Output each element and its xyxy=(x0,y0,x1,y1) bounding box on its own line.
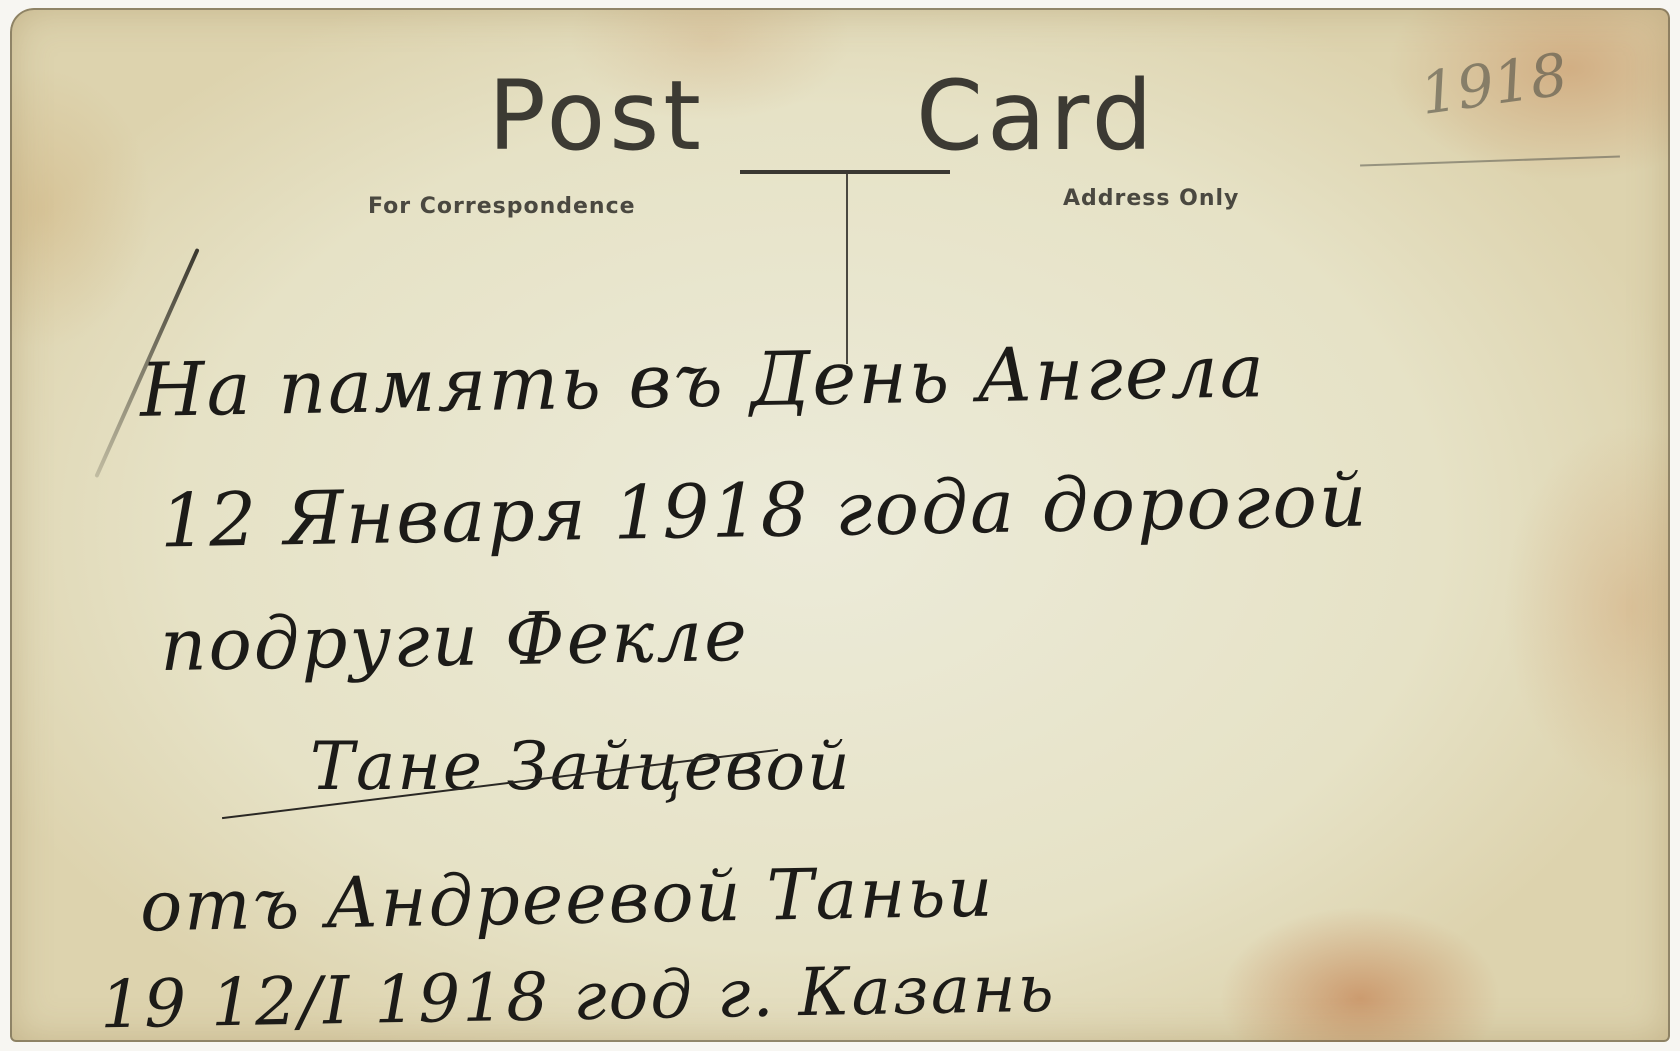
divider-horizontal xyxy=(740,170,950,174)
handwriting-line-4: Тане Зайцевой xyxy=(310,728,852,805)
pencil-note: 1918 xyxy=(1416,40,1572,128)
address-label: Address Only xyxy=(1063,186,1239,211)
title-card: Card xyxy=(916,60,1157,172)
correspondence-label: For Correspondence xyxy=(368,194,636,219)
handwriting-line-2: 12 Января 1918 года дорогой xyxy=(159,457,1369,564)
title-post: Post xyxy=(488,60,705,172)
address-line xyxy=(1360,155,1620,166)
handwriting-line-1: На память въ День Ангела xyxy=(139,328,1266,434)
handwriting-signature: отъ Андреевой Таньи xyxy=(139,851,995,948)
handwriting-line-3: подруги Фекле xyxy=(159,593,749,687)
handwriting-date-place: 19 12/I 1918 год г. Казань xyxy=(99,950,1056,1044)
postcard-back: Post Card For Correspondence Address Onl… xyxy=(10,8,1670,1042)
